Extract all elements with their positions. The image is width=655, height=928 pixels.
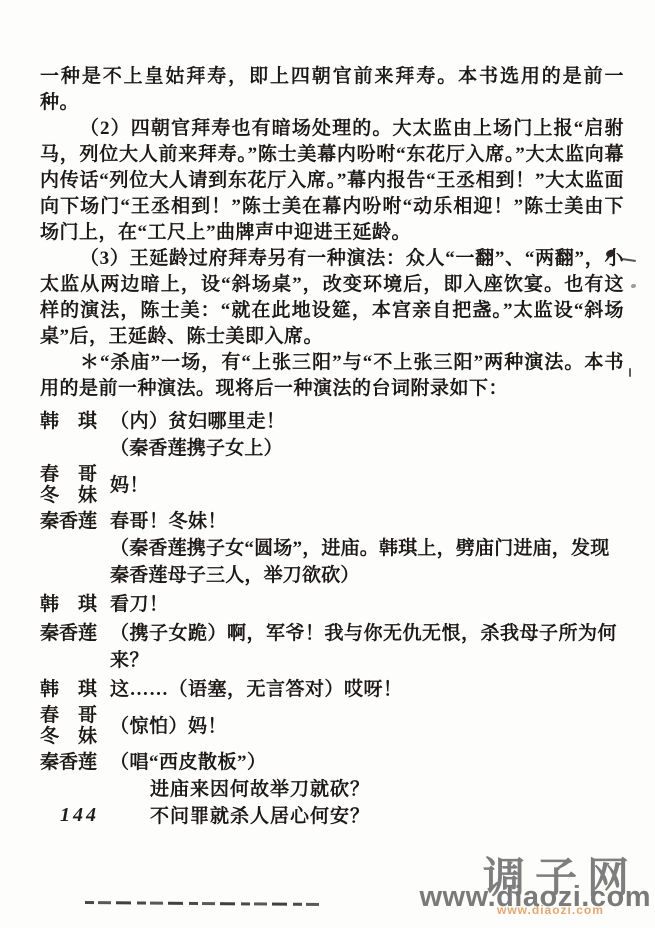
speaker-name: 冬 妹 bbox=[40, 485, 110, 506]
sing-suffix: ”） bbox=[237, 752, 267, 773]
body-paragraph: （2）四朝官拜寿也有暗场处理的。大太监由上场门上报“启驸马，列位大人前来拜寿。”… bbox=[40, 116, 624, 246]
dialogue-entry: 韩 琪 （内）贫妇哪里走！ （秦香莲携子女上） bbox=[40, 408, 624, 462]
dialogue-text: 妈！ bbox=[110, 472, 624, 499]
stage-direction: （秦香莲携子女“圆场”，进庙。韩琪上，劈庙门进庙，发现秦香莲母子三人，举刀欲砍） bbox=[110, 535, 624, 589]
dialogue-text: 春哥！冬妹！ bbox=[110, 508, 624, 535]
body-paragraph: （3）王延龄过府拜寿另有一种演法：众人“一翻”、“两翻”，小太监从两边暗上，设“… bbox=[40, 246, 624, 350]
speaker-name: 春 哥 bbox=[40, 464, 110, 485]
sing-prefix: （唱“ bbox=[110, 752, 159, 773]
page-text-block: 一种是不上皇姑拜寿，即上四朝官前来拜寿。本书选用的是前一种。 （2）四朝官拜寿也… bbox=[40, 64, 624, 830]
dialogue-entry: 韩 琪 这……（语塞，无言答对）哎呀！ bbox=[40, 676, 624, 703]
dialogue-entry: 秦香莲 （携子女跪）啊，军爷！我与你无仇无恨，杀我母子所为何来？ bbox=[40, 620, 624, 674]
speaker-name: 韩 琪 bbox=[40, 591, 110, 618]
dialogue-text: （携子女跪）啊，军爷！我与你无仇无恨，杀我母子所为何来？ bbox=[110, 620, 624, 674]
torn-edge-line bbox=[85, 901, 323, 906]
page-number: 144 bbox=[60, 804, 99, 827]
dialogue-entry: 春 哥 冬 妹 妈！ bbox=[40, 464, 624, 506]
speaker-name: 韩 琪 bbox=[40, 676, 110, 703]
ink-speck bbox=[631, 284, 636, 288]
body-paragraph: ＊“杀庙”一场，有“上张三阳”与“不上张三阳”两种演法。本书用的是前一种演法。现… bbox=[40, 350, 624, 402]
dialogue-entry: 韩 琪 看刀！ bbox=[40, 591, 624, 618]
lyric-line: 进庙来因何故举刀就砍？ bbox=[150, 776, 624, 803]
ink-speck bbox=[629, 368, 631, 377]
speaker-name: 冬 妹 bbox=[40, 726, 110, 747]
ink-speck bbox=[622, 258, 636, 262]
dialogue-text: （唱“西皮散板”） bbox=[110, 749, 624, 776]
speaker-name: 春 哥 bbox=[40, 705, 110, 726]
dialogue-text: （内）贫妇哪里走！ bbox=[110, 408, 624, 435]
dialogue-section: 韩 琪 （内）贫妇哪里走！ （秦香莲携子女上） 春 哥 冬 妹 妈！ 秦香莲 春… bbox=[40, 408, 624, 830]
speaker-name: 韩 琪 bbox=[40, 408, 110, 435]
speaker-name-stacked: 春 哥 冬 妹 bbox=[40, 464, 110, 506]
tune-name: 西皮散板 bbox=[159, 752, 237, 773]
speaker-name: 秦香莲 bbox=[40, 749, 110, 776]
scanned-book-page: { "body": { "paragraphs": [ { "text": "一… bbox=[0, 0, 655, 928]
body-paragraph: 一种是不上皇姑拜寿，即上四朝官前来拜寿。本书选用的是前一种。 bbox=[40, 64, 624, 116]
speaker-name: 秦香莲 bbox=[40, 508, 110, 535]
dialogue-entry: 春 哥 冬 妹 （惊怕）妈！ bbox=[40, 705, 624, 747]
watermark-site-url: www.diaozi.com bbox=[419, 881, 651, 914]
dialogue-text: （惊怕）妈！ bbox=[110, 713, 624, 740]
dialogue-entry: 秦香莲 春哥！冬妹！ （秦香莲携子女“圆场”，进庙。韩琪上，劈庙门进庙，发现秦香… bbox=[40, 508, 624, 589]
stage-direction: （秦香莲携子女上） bbox=[110, 435, 624, 462]
dialogue-text: 这……（语塞，无言答对）哎呀！ bbox=[110, 676, 624, 703]
dialogue-entry: 秦香莲 （唱“西皮散板”） 进庙来因何故举刀就砍？ 不问罪就杀人居心何安？ bbox=[40, 749, 624, 830]
speaker-name: 秦香莲 bbox=[40, 620, 110, 647]
lyric-line: 不问罪就杀人居心何安？ bbox=[150, 803, 624, 830]
speaker-name-stacked: 春 哥 冬 妹 bbox=[40, 705, 110, 747]
dialogue-text: 看刀！ bbox=[110, 591, 624, 618]
